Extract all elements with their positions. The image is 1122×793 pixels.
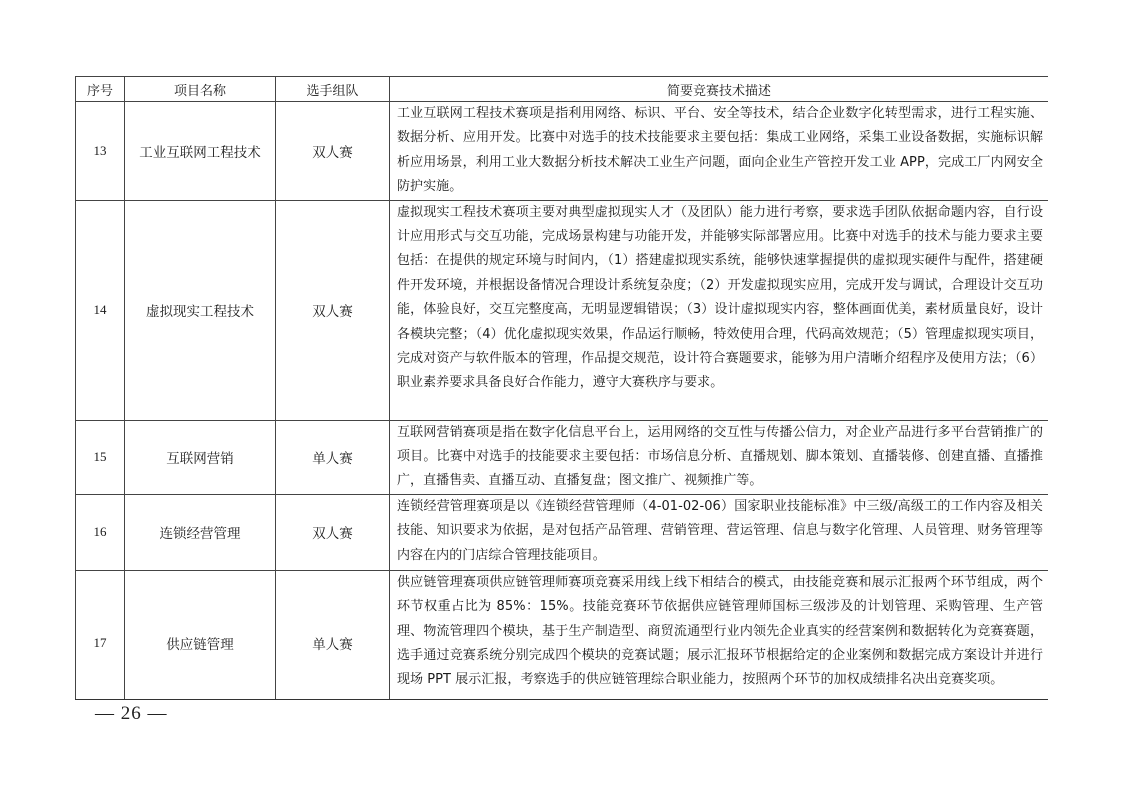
header-description: 简要竞赛技术描述 bbox=[390, 77, 1049, 102]
row-project-name: 互联网营销 bbox=[125, 420, 276, 494]
row-description: 供应链管理赛项供应链管理师赛项竞赛采用线上线下相结合的模式，由技能竞赛和展示汇报… bbox=[390, 570, 1049, 700]
row-project-name: 虚拟现实工程技术 bbox=[125, 200, 276, 420]
table-row: 16 连锁经营管理 双人赛 连锁经营管理赛项是以《连锁经营管理师（4-01-02… bbox=[76, 494, 1049, 570]
row-index: 15 bbox=[76, 420, 125, 494]
row-project-name: 连锁经营管理 bbox=[125, 494, 276, 570]
table-row: 13 工业互联网工程技术 双人赛 工业互联网工程技术赛项是指利用网络、标识、平台… bbox=[76, 102, 1049, 201]
row-index: 14 bbox=[76, 200, 125, 420]
row-team-type: 单人赛 bbox=[276, 570, 390, 700]
table-header-row: 序号 项目名称 选手组队 简要竞赛技术描述 bbox=[76, 77, 1049, 102]
row-description: 互联网营销赛项是指在数字化信息平台上，运用网络的交互性与传播公信力，对企业产品进… bbox=[390, 420, 1049, 494]
row-description: 虚拟现实工程技术赛项主要对典型虚拟现实人才（及团队）能力进行考察，要求选手团队依… bbox=[390, 200, 1049, 420]
row-description: 工业互联网工程技术赛项是指利用网络、标识、平台、安全等技术，结合企业数字化转型需… bbox=[390, 102, 1049, 201]
row-team-type: 双人赛 bbox=[276, 494, 390, 570]
row-project-name: 工业互联网工程技术 bbox=[125, 102, 276, 201]
row-description: 连锁经营管理赛项是以《连锁经营管理师（4-01-02-06）国家职业技能标准》中… bbox=[390, 494, 1049, 570]
row-team-type: 双人赛 bbox=[276, 102, 390, 201]
table-row: 14 虚拟现实工程技术 双人赛 虚拟现实工程技术赛项主要对典型虚拟现实人才（及团… bbox=[76, 200, 1049, 420]
table-row: 17 供应链管理 单人赛 供应链管理赛项供应链管理师赛项竞赛采用线上线下相结合的… bbox=[76, 570, 1049, 700]
header-team: 选手组队 bbox=[276, 77, 390, 102]
competition-table-container: 序号 项目名称 选手组队 简要竞赛技术描述 13 工业互联网工程技术 双人赛 工… bbox=[75, 76, 1048, 700]
row-index: 13 bbox=[76, 102, 125, 201]
header-name: 项目名称 bbox=[125, 77, 276, 102]
header-index: 序号 bbox=[76, 77, 125, 102]
table-row: 15 互联网营销 单人赛 互联网营销赛项是指在数字化信息平台上，运用网络的交互性… bbox=[76, 420, 1049, 494]
row-project-name: 供应链管理 bbox=[125, 570, 276, 700]
row-team-type: 单人赛 bbox=[276, 420, 390, 494]
competition-table: 序号 项目名称 选手组队 简要竞赛技术描述 13 工业互联网工程技术 双人赛 工… bbox=[75, 76, 1048, 700]
row-index: 17 bbox=[76, 570, 125, 700]
row-team-type: 双人赛 bbox=[276, 200, 390, 420]
page-number: — 26 — bbox=[95, 703, 168, 725]
row-index: 16 bbox=[76, 494, 125, 570]
